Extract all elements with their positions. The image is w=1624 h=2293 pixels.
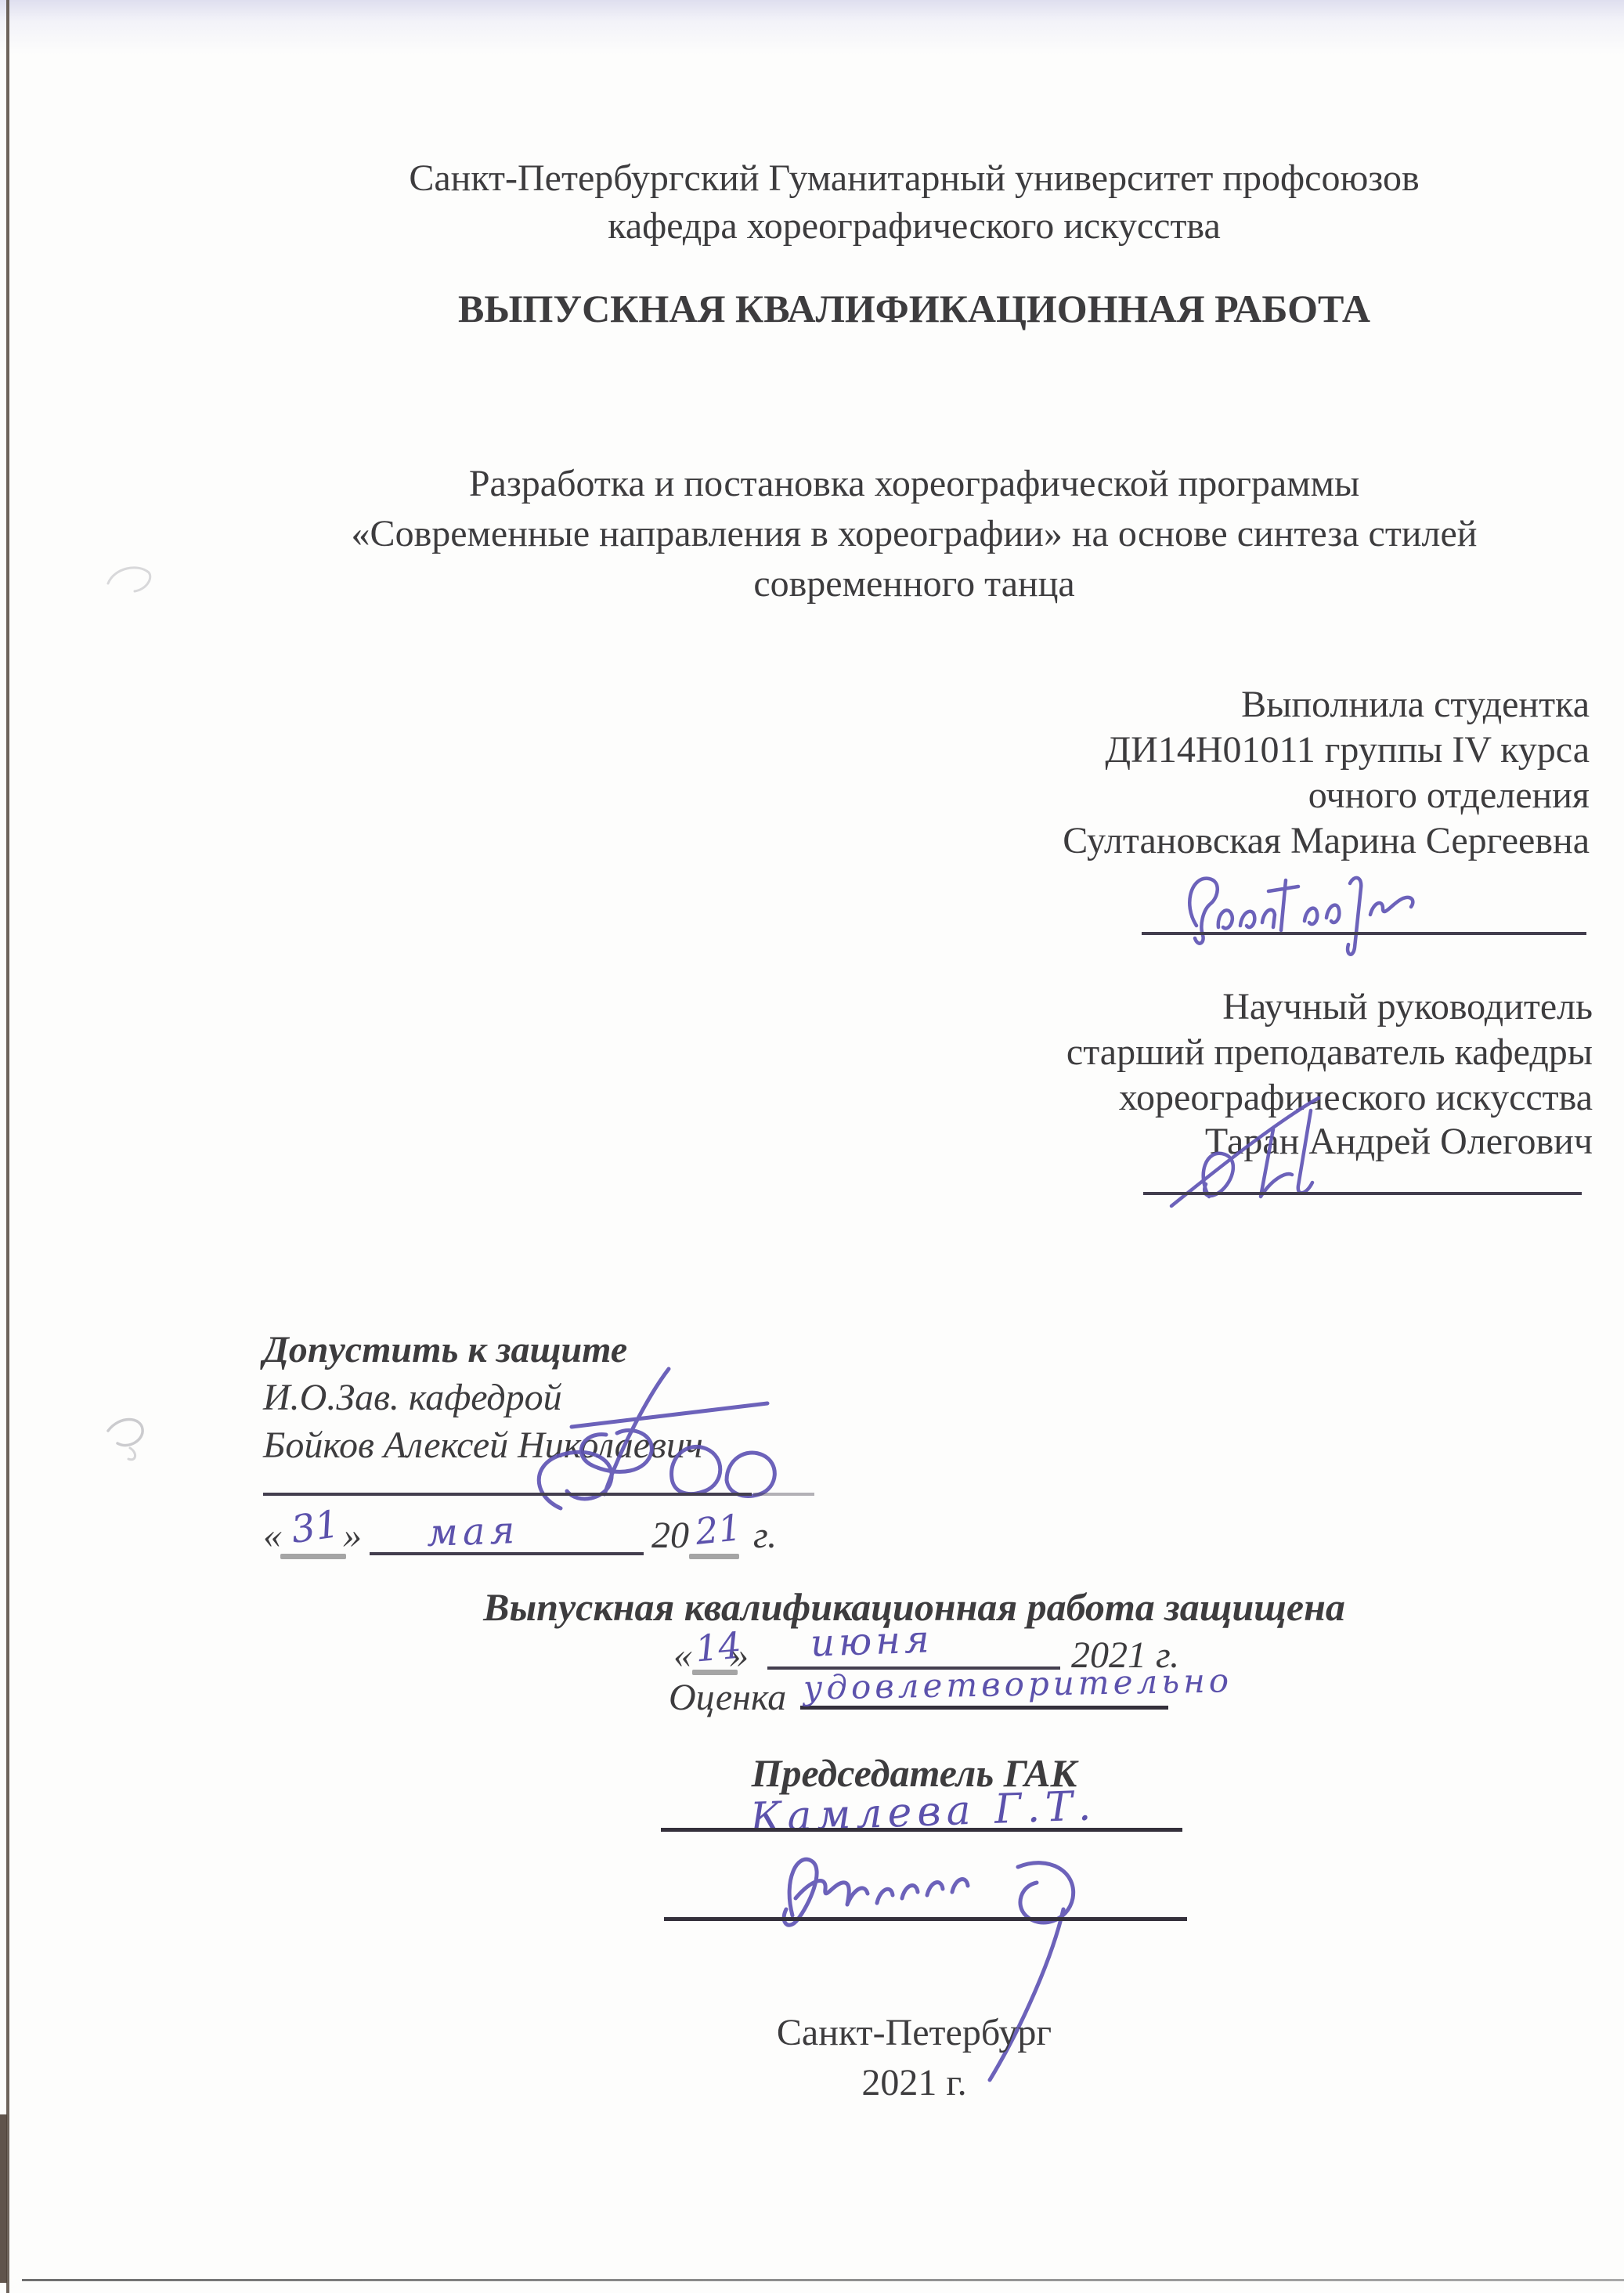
- topic-line-2: «Современные направления в хореографии» …: [211, 512, 1617, 555]
- student-line-2: ДИ14Н01011 группы IV курса: [1105, 728, 1590, 771]
- footer-city: Санкт-Петербург: [211, 2011, 1617, 2054]
- scan-top-shadow: [0, 0, 1624, 55]
- supervisor-line-1: Научный руководитель: [1222, 985, 1593, 1028]
- admission-day-handwritten: 31: [288, 1502, 341, 1552]
- defense-open-quote: «: [673, 1634, 692, 1677]
- work-type-title: ВЫПУСКНАЯ КВАЛИФИКАЦИОННАЯ РАБОТА: [211, 287, 1617, 332]
- admission-open-quote: «: [263, 1514, 282, 1557]
- defense-month-handwritten: июня: [810, 1617, 933, 1665]
- grade-blank: [800, 1706, 1168, 1710]
- admission-year-suffix: г.: [753, 1514, 777, 1557]
- scanned-title-page: Санкт-Петербургский Гуманитарный универс…: [0, 0, 1624, 2293]
- admission-close-quote: »: [343, 1514, 362, 1557]
- scan-left-edge-line: [6, 0, 9, 2293]
- admission-year-blank: [689, 1554, 739, 1559]
- student-line-3: очного отделения: [1308, 774, 1590, 817]
- grade-handwritten: удовлетворительно: [803, 1661, 1233, 1707]
- admission-year-handwritten: 21: [693, 1506, 743, 1553]
- admission-signature-line-faint: [753, 1493, 814, 1496]
- scan-bottom-edge-line: [22, 2279, 1624, 2281]
- student-signature-line: [1142, 932, 1586, 935]
- supervisor-signature-line: [1143, 1192, 1582, 1195]
- defense-day-blank: [692, 1670, 738, 1675]
- admission-signature-line: [263, 1493, 752, 1496]
- admission-month-blank: [370, 1552, 644, 1555]
- footer-year: 2021 г.: [211, 2061, 1617, 2104]
- department-name: кафедра хореографического искусства: [211, 204, 1617, 247]
- topic-line-3: современного танца: [211, 562, 1617, 605]
- grade-label: Оценка: [669, 1676, 786, 1719]
- supervisor-signature: [1157, 1087, 1377, 1216]
- scan-smudge-curl: [102, 560, 157, 595]
- student-signature: [1168, 860, 1427, 966]
- admission-day-blank: [280, 1554, 346, 1559]
- student-line-1: Выполнила студентка: [1241, 683, 1590, 726]
- chairman-name-line: [661, 1828, 1182, 1832]
- scan-left-edge-mark: [0, 2114, 7, 2283]
- scan-smudge-mark: [92, 1406, 159, 1472]
- topic-line-1: Разработка и постановка хореографической…: [211, 462, 1617, 505]
- student-line-4: Султановская Марина Сергеевна: [1063, 819, 1590, 862]
- admission-year-prefix: 20: [651, 1514, 689, 1557]
- admission-month-handwritten: мая: [426, 1508, 520, 1555]
- supervisor-line-2: старший преподаватель кафедры: [1066, 1031, 1593, 1074]
- chairman-signature-line: [664, 1917, 1187, 1921]
- university-name: Санкт-Петербургский Гуманитарный универс…: [211, 157, 1617, 200]
